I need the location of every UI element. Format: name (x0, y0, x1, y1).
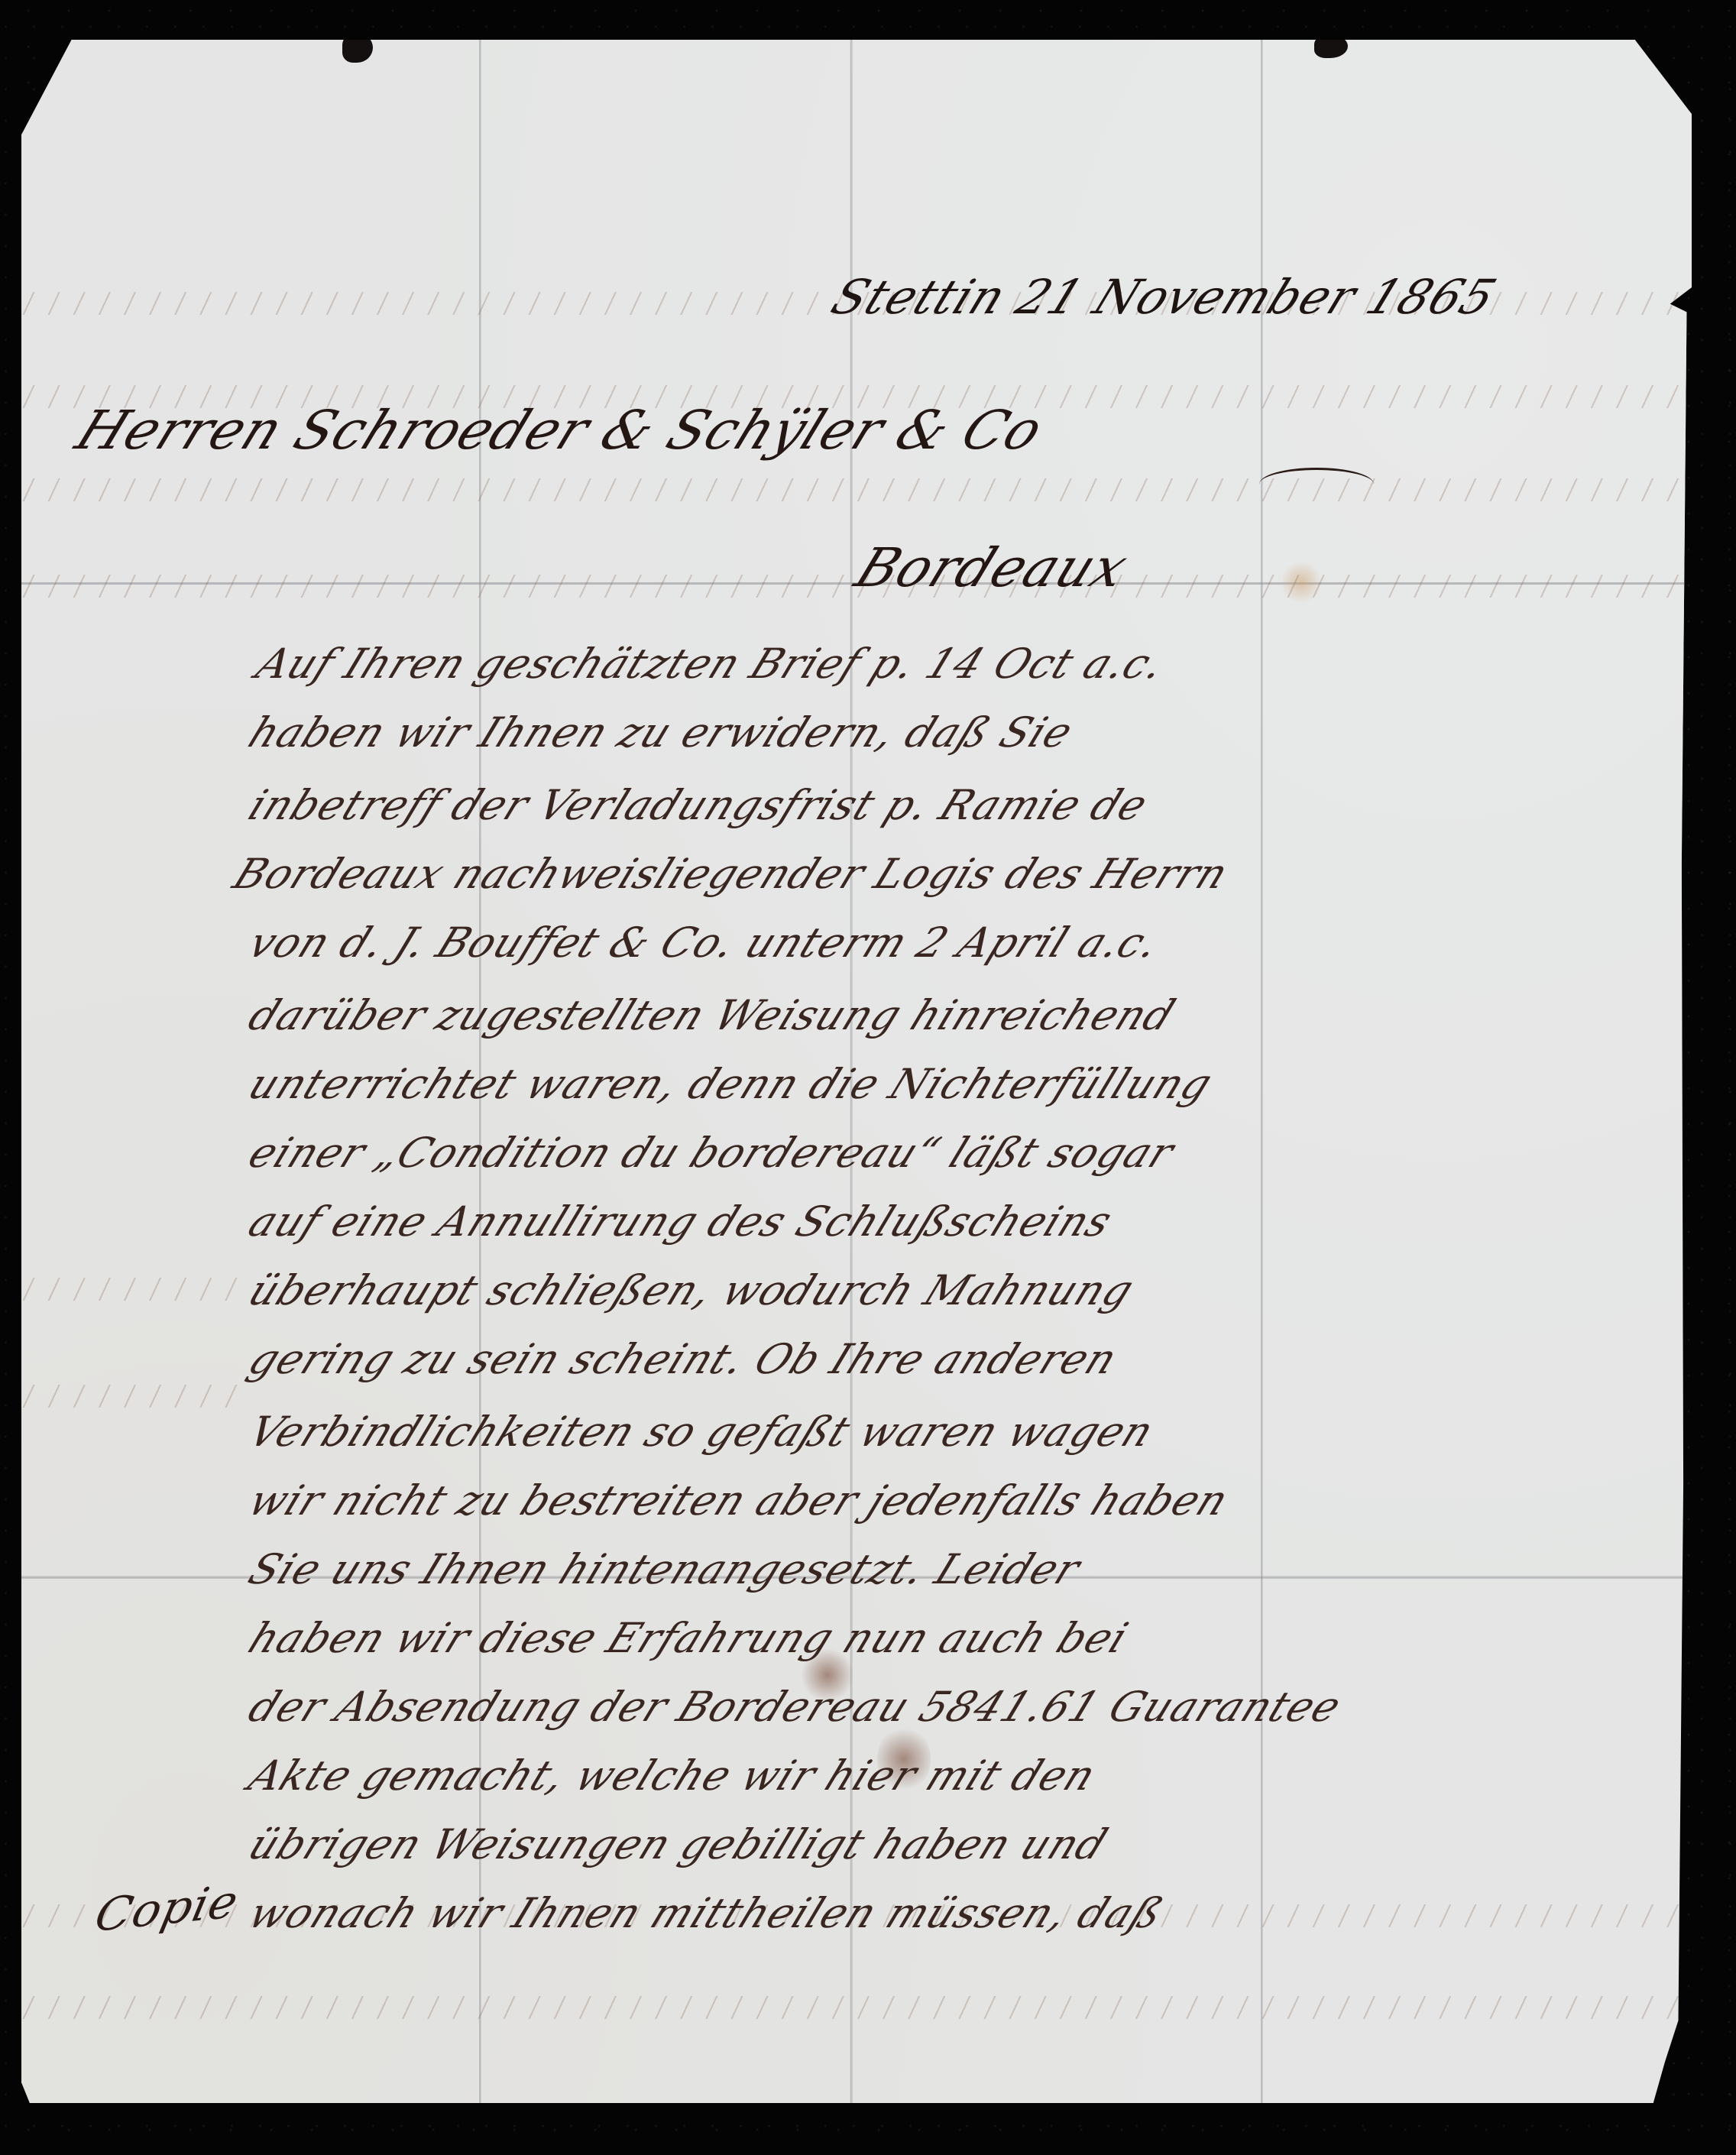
fold-line-vertical-3 (1261, 40, 1263, 2103)
place-date: Stettin 21 November 1865 (824, 269, 1504, 325)
body-line-15: haben wir diese Erfahrung nun auch bei (243, 1618, 1134, 1659)
salutation-flourish (1259, 468, 1374, 501)
body-line-10: überhaupt schließen, wodurch Mahnung (243, 1270, 1140, 1311)
body-line-12: Verbindlichkeiten so gefaßt waren wagen (243, 1411, 1160, 1453)
body-line-11: gering zu sein scheint. Ob Ihre anderen (243, 1339, 1123, 1380)
body-line-9: auf eine Annullirung des Schlußscheins (243, 1201, 1118, 1243)
body-line-17: Akte gemacht, welche wir hier mit den (243, 1755, 1102, 1797)
bleed-through-8 (21, 1996, 1692, 2019)
body-line-1: Auf Ihren geschätzten Brief p. 14 Oct a.… (251, 643, 1171, 685)
body-line-3: inbetreff der Verladungsfrist p. Ramie d… (243, 785, 1154, 826)
margin-note-copie: Copie (90, 1875, 244, 1943)
body-line-2: haben wir Ihnen zu erwidern, daß Sie (243, 712, 1079, 753)
body-line-5: von d. J. Bouffet & Co. unterm 2 April a… (243, 922, 1165, 964)
body-line-14: Sie uns Ihnen hintenangesetzt. Leider (243, 1549, 1086, 1590)
letter-sheet: Stettin 21 November 1865 Herren Schroede… (21, 40, 1692, 2103)
body-line-6: darüber zugestellten Weisung hinreichend (243, 995, 1181, 1036)
body-line-16: der Absendung der Bordereau 5841.61 Guar… (243, 1687, 1347, 1728)
bleed-through-6 (21, 1385, 240, 1408)
body-line-13: wir nicht zu bestreiten aber jedenfalls … (243, 1480, 1235, 1521)
body-line-19: wonach wir Ihnen mittheilen müssen, daß (243, 1893, 1169, 1934)
bleed-through-5 (21, 1278, 240, 1301)
bleed-through-3 (21, 478, 1692, 501)
body-line-8: einer „Condition du bordereau“ läßt soga… (243, 1133, 1180, 1174)
body-line-18: übrigen Weisungen gebilligt haben und (243, 1824, 1113, 1865)
destination: Bordeaux (847, 536, 1138, 599)
body-line-7: unterrichtet waren, denn die Nichterfüll… (243, 1064, 1218, 1105)
salutation: Herren Schroeder & Schÿler & Co (67, 399, 1053, 462)
body-line-4: Bordeaux nachweisliegender Logis des Her… (228, 854, 1234, 895)
